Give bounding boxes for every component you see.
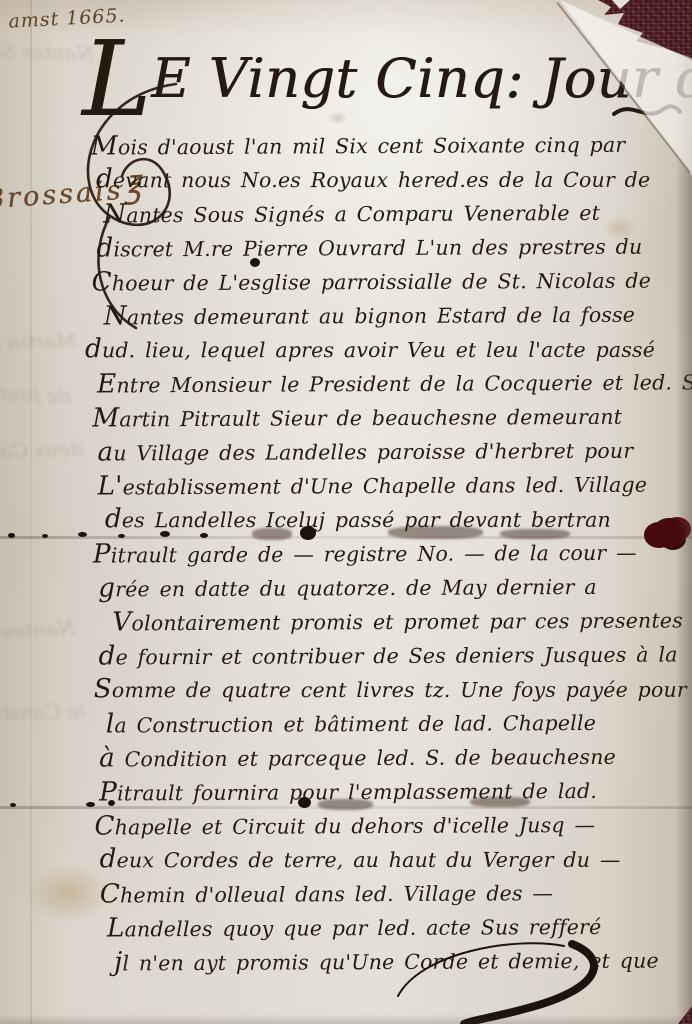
ink-blot: [78, 532, 87, 537]
ink-blot: [108, 800, 115, 806]
ink-blot: [10, 803, 16, 807]
paper-bottom-edge-shadow: [0, 1014, 692, 1024]
manuscript-line: Pitrault fournira pour l'emplassement de…: [99, 773, 677, 810]
manuscript-line: dud. lieu, lequel apres avoir Veu et leu…: [85, 333, 675, 368]
ink-blot: [8, 533, 15, 538]
ink-blot: [298, 797, 311, 808]
ink-smudge: [388, 526, 483, 539]
manuscript-line-damaged: Chapelle et Circuit du dehors d'icelle J…: [94, 807, 677, 844]
show-through-text: Nantes demeurant au bignon Estard de la …: [0, 616, 76, 645]
ink-blot: [250, 258, 260, 267]
manuscript-line: la Construction et bâtiment de lad. Chap…: [106, 705, 677, 742]
ink-blot: [160, 531, 170, 537]
ink-blot: [42, 534, 48, 538]
manuscript-line: grée en datte du quatorze. de May dernie…: [98, 569, 676, 606]
manuscript-line: à Condition et parceque led. S. de beauc…: [99, 739, 677, 776]
manuscript-line: jl n'en ayt promis qu'Une Corde et demie…: [114, 943, 678, 980]
show-through-text: la Construction et bâtiment de lad. Chap…: [0, 698, 85, 725]
header-initial: L: [82, 18, 151, 140]
manuscript-line: discret M.re Pierre Ouvrard L'un des pre…: [96, 229, 674, 266]
paper-sheet: Martin Pitrault Sieur de beauchesne deme…: [0, 0, 692, 1024]
manuscript-line: devant nous No.es Royaux hered.es de la …: [96, 163, 674, 198]
manuscript-line: de fournir et contribuer de Ses deniers …: [98, 637, 676, 674]
manuscript-line: Nantes demeurant au bignon Estard de la …: [104, 297, 675, 334]
ink-blot: [200, 533, 208, 538]
manuscript-line: Volontairement promis et promet par ces …: [112, 603, 676, 640]
manuscript-line: deux Cordes de terre, au haut du Verger …: [100, 843, 678, 878]
vertical-crease: [30, 0, 32, 1024]
ink-blot: [86, 802, 95, 807]
manuscript-line: Mois d'aoust l'an mil Six cent Soixante …: [91, 127, 674, 164]
torn-paper-shard: [612, 0, 630, 9]
manuscript-line: Martin Pitrault Sieur de beauchesne deme…: [92, 399, 675, 436]
manuscript-line: Somme de quatre cent livres tz. Une foys…: [94, 673, 677, 708]
manuscript-line: Entre Monsieur le President de la Cocque…: [97, 365, 675, 402]
manuscript-line: Landelles quoy que par led. acte Sus ref…: [107, 909, 678, 946]
manuscript-text-block: Mois d'aoust l'an mil Six cent Soixante …: [96, 127, 678, 980]
manuscript-line-damaged: Pitrault garde de — registre No. — de la…: [93, 535, 676, 572]
manuscript-line: Chemin d'olleual dans led. Village des —: [100, 875, 678, 912]
manuscript-line: L'establissement d'Une Chapelle dans led…: [98, 467, 676, 504]
ink-smudge: [500, 529, 570, 539]
manuscript-line: Choeur de L'esglise parroissialle de St.…: [91, 263, 674, 300]
show-through-text: deux Cordes de terre, au haut du Verger …: [0, 436, 83, 463]
manuscript-photo: { "colors": { "fabric_backing": "#4e1e24…: [0, 0, 692, 1024]
ink-blot: [300, 526, 316, 540]
ink-smudge: [252, 528, 292, 540]
ink-smudge: [318, 799, 373, 810]
manuscript-line: au Village des Landelles paroisse d'herb…: [97, 433, 675, 470]
ink-blot: [118, 534, 125, 538]
manuscript-line: Nantes Sous Signés a Comparu Venerable e…: [103, 195, 674, 232]
show-through-text: de fournir et contribuer de Ses deniers …: [0, 380, 72, 409]
show-through-text: Nantes Sous Signés a Comparu Venerable e…: [0, 38, 94, 66]
ink-smudge: [470, 797, 530, 807]
fold-crease-upper: [0, 536, 692, 539]
